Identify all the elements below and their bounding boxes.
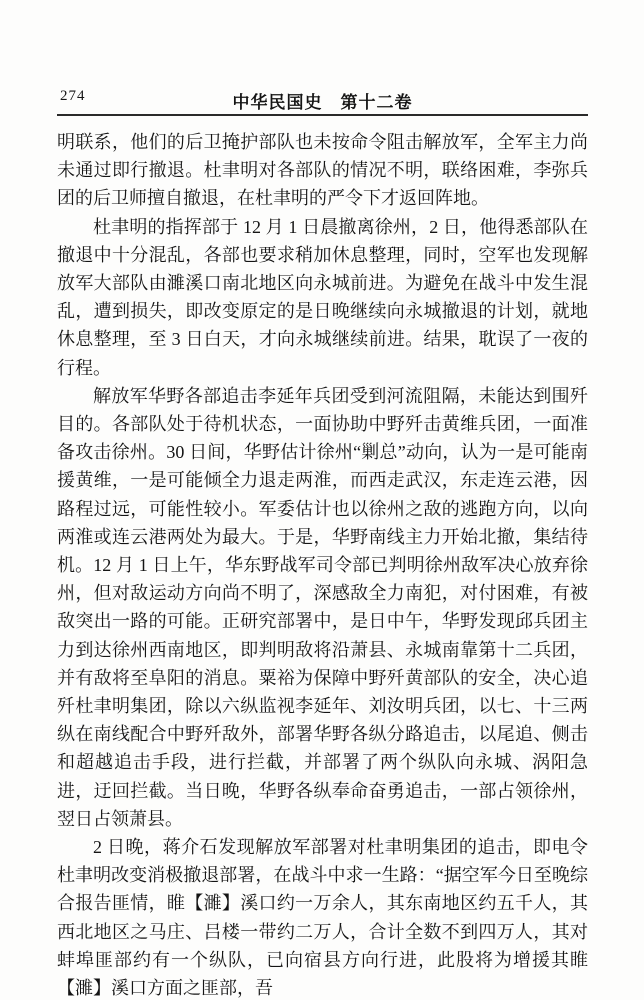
running-title: 中华民国史 第十二卷 xyxy=(57,88,588,113)
body-text: 明联系，他们的后卫掩护部队也未按命令阻击解放军，全军主力尚未通过即行撤退。杜聿明… xyxy=(57,128,588,1000)
running-header: 274 中华民国史 第十二卷 xyxy=(57,88,588,116)
body-paragraph: 2 日晚，蒋介石发现解放军部署对杜聿明集团的追击，即电令杜聿明改变消极撤退部署，… xyxy=(57,833,588,1000)
body-paragraph: 明联系，他们的后卫掩护部队也未按命令阻击解放军，全军主力尚未通过即行撤退。杜聿明… xyxy=(57,128,588,213)
body-paragraph: 杜聿明的指挥部于 12 月 1 日晨撤离徐州，2 日，他得悉部队在撤退中十分混乱… xyxy=(57,213,588,382)
body-paragraph: 解放军华野各部追击李延年兵团受到河流阻隔，未能达到围歼目的。各部队处于待机状态，… xyxy=(57,382,588,833)
book-page: 274 中华民国史 第十二卷 明联系，他们的后卫掩护部队也未按命令阻击解放军，全… xyxy=(0,0,644,1000)
